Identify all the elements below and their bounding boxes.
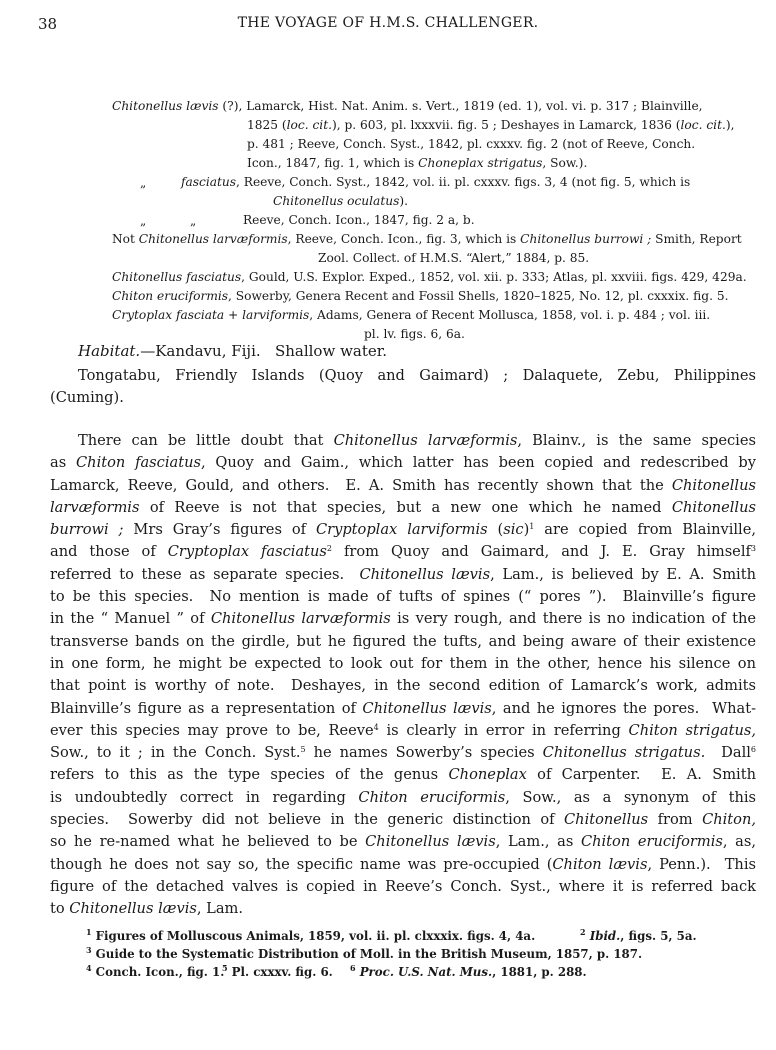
italic-text: Chiton eruciformis xyxy=(581,833,723,850)
text: ). xyxy=(399,194,408,208)
italic-text: fasciatus xyxy=(181,175,236,189)
text: ever this species may prove to be, Reeve xyxy=(50,722,374,739)
text: , Sow., as a synonym of this xyxy=(505,789,756,806)
italic-text: burrowi ; xyxy=(50,521,123,538)
paragraph-line: larvæformis of Reeve is not that species… xyxy=(50,497,756,519)
text: p. 481 ; Reeve, Conch. Syst., 1842, pl. … xyxy=(247,137,695,151)
synonymy-line: Chiton eruciformis, Sowerby, Genera Rece… xyxy=(112,287,728,306)
text: , Lam., as xyxy=(496,833,581,850)
paragraph-line: as Chiton fasciatus, Quoy and Gaim., whi… xyxy=(50,452,756,474)
paragraph-line: burrowi ; Mrs Gray’s figures of Cryptopl… xyxy=(50,519,756,541)
text: , Reeve, Conch. Icon., fig. 3, which is xyxy=(288,232,521,246)
italic-text: Chiton, xyxy=(702,811,756,828)
italic-text: Chitonellus xyxy=(564,811,648,828)
paragraph-line: to be this species. No mention is made o… xyxy=(50,586,756,608)
synonymy-line: Crytoplax fasciata + larviformis, Adams,… xyxy=(112,306,710,325)
italic-text: Chitonellus burrowi ; xyxy=(520,232,651,246)
text: in one form, he might be expected to loo… xyxy=(50,655,756,672)
text: „ xyxy=(140,176,146,190)
text: , Sow.). xyxy=(542,156,587,170)
footnote-ref: 3 xyxy=(751,544,756,553)
text: of Reeve is not that species, but a new … xyxy=(139,499,671,516)
paragraph-line: Blainville’s figure as a representation … xyxy=(50,698,756,720)
paragraph-line: figure of the detached valves is copied … xyxy=(50,876,756,898)
text: ), p. 603, pl. lxxxvii. fig. 5 ; Deshaye… xyxy=(332,118,681,132)
text: that point is worthy of note. Deshayes, … xyxy=(50,677,756,694)
paragraph-line: that point is worthy of note. Deshayes, … xyxy=(50,675,756,697)
italic-text: Chitonellus xyxy=(672,477,756,494)
italic-text: Chitonellus lævis xyxy=(112,99,219,113)
text: Smith, Report xyxy=(651,232,741,246)
paragraph-line: species. Sowerby did not believe in the … xyxy=(50,809,756,831)
italic-text: Chiton lævis xyxy=(552,856,647,873)
text: Tongatabu, Friendly Islands (Quoy and Ga… xyxy=(78,367,756,384)
text: in the “ Manuel ” of xyxy=(50,610,211,627)
italic-text: Chitonellus lævis xyxy=(359,566,490,583)
italic-text: Choneplax xyxy=(449,766,527,783)
text: Guide to the Systematic Distribution of … xyxy=(92,947,642,961)
text: Reeve, Conch. Icon., 1847, fig. 2 a, b. xyxy=(243,213,475,227)
synonymy-line: Chitonellus lævis (?), Lamarck, Hist. Na… xyxy=(112,97,703,116)
italic-text: loc. cit. xyxy=(681,118,726,132)
synonymy-line: p. 481 ; Reeve, Conch. Syst., 1842, pl. … xyxy=(247,135,695,154)
text: Blainville’s figure as a representation … xyxy=(50,700,362,717)
italic-text: Chitonellus larvæformis xyxy=(211,610,391,627)
text: species. Sowerby did not believe in the … xyxy=(50,811,564,828)
italic-text: Chitonellus larvæformis xyxy=(139,232,288,246)
italic-text: Chitonellus lævis xyxy=(365,833,496,850)
synonymy-line: Chitonellus oculatus). xyxy=(273,192,408,211)
italic-text: Chiton eruciformis xyxy=(358,789,505,806)
italic-text: Chitonellus larvæformis xyxy=(334,432,518,449)
ditto-mark: „ xyxy=(140,212,146,231)
text: is clearly in error in referring xyxy=(379,722,629,739)
paragraph-line: to Chitonellus lævis, Lam. xyxy=(50,898,756,920)
italic-text: larvæformis xyxy=(50,499,139,516)
text: of Carpenter. E. A. Smith xyxy=(527,766,756,783)
footnote: 5 Pl. cxxxv. fig. 6. xyxy=(222,965,333,979)
paragraph-line: (Cuming). xyxy=(50,387,756,409)
paragraph-line: refers to this as the type species of th… xyxy=(50,764,756,786)
text: is very rough, and there is no indicatio… xyxy=(391,610,756,627)
footnote: 4 Conch. Icon., fig. 1. xyxy=(86,965,224,979)
text: , Lam. xyxy=(197,900,243,917)
localities-paragraph: Tongatabu, Friendly Islands (Quoy and Ga… xyxy=(50,365,756,410)
italic-text: Crytoplax fasciata + larviformis xyxy=(112,308,309,322)
text: from Quoy and Gaimard, and J. E. Gray hi… xyxy=(332,543,751,560)
text: , as, xyxy=(723,833,756,850)
text: and those of xyxy=(50,543,168,560)
synonymy-line: 1825 (loc. cit.), p. 603, pl. lxxxvii. f… xyxy=(247,116,734,135)
text: though he does not say so, the specific … xyxy=(50,856,552,873)
footnote: 6 Proc. U.S. Nat. Mus., 1881, p. 288. xyxy=(350,965,587,979)
text: to be this species. No mention is made o… xyxy=(50,588,756,605)
italic-text: Chitonellus lævis xyxy=(69,900,197,917)
italic-text: Cryptoplax larviformis xyxy=(316,521,488,538)
italic-text: Chitonellus xyxy=(672,499,756,516)
text: , Adams, Genera of Recent Mollusca, 1858… xyxy=(309,308,710,322)
text: is undoubtedly correct in regarding xyxy=(50,789,358,806)
paragraph-line: in the “ Manuel ” of Chitonellus larvæfo… xyxy=(50,608,756,630)
discussion-paragraph: There can be little doubt that Chitonell… xyxy=(50,430,756,921)
text: There can be little doubt that xyxy=(78,432,334,449)
text: „ xyxy=(190,214,196,228)
synonymy-line: fasciatus, Reeve, Conch. Syst., 1842, vo… xyxy=(181,173,690,192)
italic-text: loc. cit. xyxy=(287,118,332,132)
italic-text: Chiton eruciformis xyxy=(112,289,228,303)
italic-text: Cryptoplax fasciatus xyxy=(168,543,327,560)
italic-text: Chiton strigatus, xyxy=(629,722,756,739)
footnote: 3 Guide to the Systematic Distribution o… xyxy=(86,947,642,961)
paragraph-line: Lamarck, Reeve, Gould, and others. E. A.… xyxy=(50,475,756,497)
text: ( xyxy=(488,521,504,538)
italic-text: Chitonellus lævis xyxy=(362,700,491,717)
text: , Gould, U.S. Explor. Exped., 1852, vol.… xyxy=(241,270,746,284)
text: as xyxy=(50,454,76,471)
text: , Lam., is believed by E. A. Smith xyxy=(490,566,756,583)
text: Conch. Icon., fig. 1. xyxy=(92,965,225,979)
paragraph-line: in one form, he might be expected to loo… xyxy=(50,653,756,675)
text: Mrs Gray’s figures of xyxy=(123,521,315,538)
text: , Blainv., is the same species xyxy=(517,432,756,449)
text: Zool. Collect. of H.M.S. “Alert,” 1884, … xyxy=(318,251,589,265)
ditto-mark: „ xyxy=(190,212,196,231)
italic-text: Chiton fasciatus xyxy=(76,454,201,471)
italic-text: Chitonellus oculatus xyxy=(273,194,399,208)
text: 1825 ( xyxy=(247,118,287,132)
running-title: THE VOYAGE OF H.M.S. CHALLENGER. xyxy=(0,15,776,31)
text: , 1881, p. 288. xyxy=(492,965,586,979)
habitat-text: —Kandavu, Fiji. Shallow water. xyxy=(140,342,387,360)
habitat-line: Habitat.—Kandavu, Fiji. Shallow water. xyxy=(78,342,387,360)
text: refers to this as the type species of th… xyxy=(50,766,449,783)
synonymy-line: Reeve, Conch. Icon., 1847, fig. 2 a, b. xyxy=(243,211,475,230)
paragraph-line: Tongatabu, Friendly Islands (Quoy and Ga… xyxy=(50,365,756,387)
text: (Cuming). xyxy=(50,389,124,406)
text: , Reeve, Conch. Syst., 1842, vol. ii. pl… xyxy=(236,175,690,189)
ditto-mark: „ xyxy=(140,174,146,193)
italic-text: Proc. U.S. Nat. Mus. xyxy=(360,965,492,979)
text: so he re-named what he believed to be xyxy=(50,833,365,850)
italic-text: sic xyxy=(503,521,523,538)
paragraph-line: ever this species may prove to be, Reeve… xyxy=(50,720,756,742)
text: „ xyxy=(140,214,146,228)
footnote: 2 Ibid., figs. 5, 5a. xyxy=(580,929,697,943)
paragraph-line: Sow., to it ; in the Conch. Syst.5 he na… xyxy=(50,742,756,764)
paragraph-line: though he does not say so, the specific … xyxy=(50,854,756,876)
text: , Sowerby, Genera Recent and Fossil Shel… xyxy=(228,289,728,303)
text: from xyxy=(648,811,702,828)
synonymy-line: Zool. Collect. of H.M.S. “Alert,” 1884, … xyxy=(318,249,589,268)
synonymy-line: Icon., 1847, fig. 1, which is Choneplax … xyxy=(247,154,587,173)
italic-text: Choneplax strigatus xyxy=(418,156,542,170)
habitat-label: Habitat. xyxy=(78,342,140,360)
text: pl. lv. figs. 6, 6a. xyxy=(364,327,465,341)
text: ), xyxy=(726,118,735,132)
text: to xyxy=(50,900,69,917)
text: (?), Lamarck, Hist. Nat. Anim. s. Vert.,… xyxy=(219,99,703,113)
italic-text: Chitonellus strigatus. xyxy=(543,744,706,761)
paragraph-line: is undoubtedly correct in regarding Chit… xyxy=(50,787,756,809)
text: he names Sowerby’s species xyxy=(306,744,543,761)
text: Lamarck, Reeve, Gould, and others. E. A.… xyxy=(50,477,672,494)
paragraph-line: transverse bands on the girdle, but he f… xyxy=(50,631,756,653)
text: , Penn.). This xyxy=(647,856,756,873)
paragraph-line: referred to these as separate species. C… xyxy=(50,564,756,586)
text: , Quoy and Gaim., which latter has been … xyxy=(201,454,756,471)
footnote: 1 Figures of Molluscous Animals, 1859, v… xyxy=(86,929,535,943)
paragraph-line: so he re-named what he believed to be Ch… xyxy=(50,831,756,853)
text: figure of the detached valves is copied … xyxy=(50,878,756,895)
italic-text: Ibid. xyxy=(590,929,621,943)
text: , figs. 5, 5a. xyxy=(620,929,696,943)
footnote-ref: 6 xyxy=(751,745,756,754)
text: Not xyxy=(112,232,139,246)
paragraph-line: and those of Cryptoplax fasciatus2 from … xyxy=(50,541,756,563)
text: Figures of Molluscous Animals, 1859, vol… xyxy=(92,929,536,943)
synonymy-line: Not Chitonellus larvæformis, Reeve, Conc… xyxy=(112,230,742,249)
text: Sow., to it ; in the Conch. Syst. xyxy=(50,744,301,761)
text: , and he ignores the pores. What- xyxy=(492,700,756,717)
italic-text: Chitonellus fasciatus xyxy=(112,270,241,284)
paragraph-line: There can be little doubt that Chitonell… xyxy=(50,430,756,452)
text: Icon., 1847, fig. 1, which is xyxy=(247,156,418,170)
text: referred to these as separate species. xyxy=(50,566,359,583)
text: Dall xyxy=(705,744,751,761)
synonymy-line: Chitonellus fasciatus, Gould, U.S. Explo… xyxy=(112,268,747,287)
text: transverse bands on the girdle, but he f… xyxy=(50,633,756,650)
text: Pl. cxxxv. fig. 6. xyxy=(228,965,333,979)
text: are copied from Blainville, xyxy=(534,521,756,538)
